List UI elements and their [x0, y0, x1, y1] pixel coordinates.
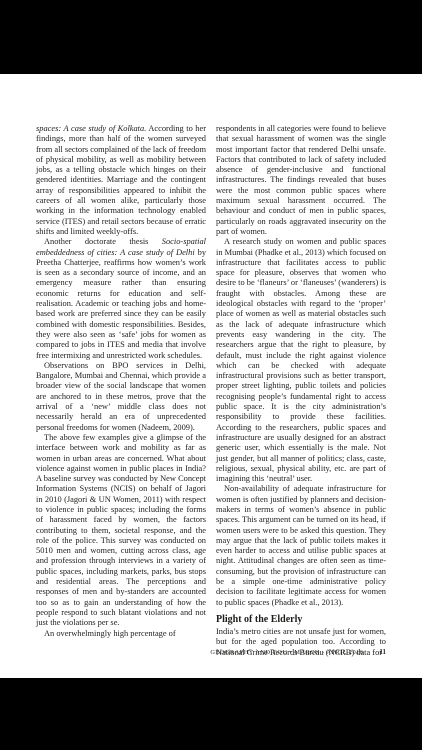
page-footer: GEOGRAPHY AND YOU • MARCH - APRIL 201611 — [36, 648, 386, 656]
body-text: According to her findings, more than hal… — [36, 124, 206, 236]
right-column: respondents in all categories were found… — [216, 124, 386, 658]
magazine-page: spaces: A case study of Kolkata. Accordi… — [0, 0, 422, 750]
paragraph: Non-availability of adequate infrastruct… — [216, 484, 386, 608]
paragraph: An overwhelmingly high percentage of — [36, 629, 206, 639]
paragraph: spaces: A case study of Kolkata. Accordi… — [36, 124, 206, 237]
paragraph: respondents in all categories were found… — [216, 124, 386, 237]
paragraph: Observations on BPO services in Delhi, B… — [36, 361, 206, 433]
body-text: An overwhelmingly high percentage of — [44, 629, 176, 638]
top-black-bar — [0, 0, 422, 74]
section-heading: Plight of the Elderly — [216, 614, 386, 626]
page-number: 11 — [379, 648, 386, 656]
body-text: respondents in all categories were found… — [216, 124, 386, 236]
paragraph: Another doctorate thesis Socio-spatial e… — [36, 237, 206, 361]
body-text: Non-availability of adequate infrastruct… — [216, 484, 386, 606]
bottom-black-bar — [0, 678, 422, 750]
body-text: The above few examples give a glimpse of… — [36, 433, 206, 627]
body-text: Another doctorate thesis — [44, 237, 162, 246]
paragraph: A research study on women and public spa… — [216, 237, 386, 484]
italic-text: spaces: A case study of Kolkata. — [36, 124, 146, 133]
article-body: spaces: A case study of Kolkata. Accordi… — [36, 124, 386, 658]
journal-name: GEOGRAPHY AND YOU • MARCH - APRIL 2016 — [210, 649, 363, 656]
body-text: A research study on women and public spa… — [216, 237, 386, 483]
body-text: Observations on BPO services in Delhi, B… — [36, 361, 206, 432]
paragraph: The above few examples give a glimpse of… — [36, 433, 206, 629]
body-text: by Preetha Chatterjee, reaffirms how wom… — [36, 248, 206, 360]
left-column: spaces: A case study of Kolkata. Accordi… — [36, 124, 206, 658]
